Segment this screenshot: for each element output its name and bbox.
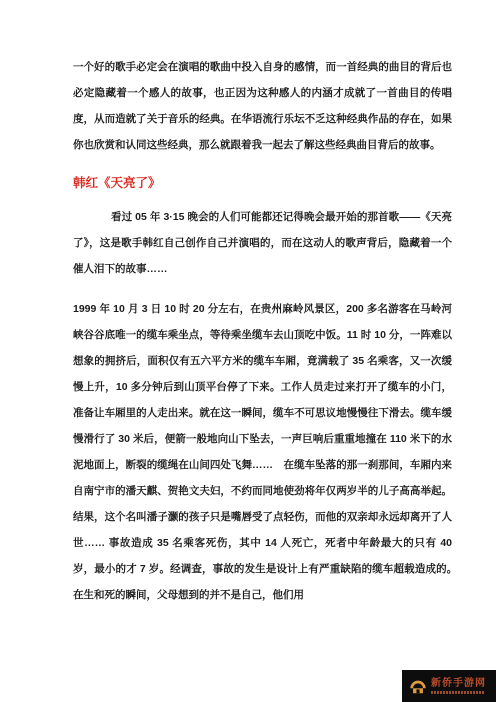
story-paragraph: 1999 年 10 月 3 日 10 时 20 分左右，在贵州麻岭风景区，200… [73, 296, 452, 608]
song-intro-paragraph: 看过 05 年 3·15 晚会的人们可能都还记得晚会最开始的那首歌——《天亮了》… [73, 204, 452, 282]
intro-paragraph: 一个好的歌手必定会在演唱的歌曲中投入自身的感情，而一首经典的曲目的背后也必定隐藏… [73, 54, 452, 158]
section-heading: 韩红《天亮了》 [73, 170, 452, 196]
article-body: 一个好的歌手必定会在演唱的歌曲中投入自身的感情，而一首经典的曲目的背后也必定隐藏… [73, 54, 452, 608]
house-icon [409, 678, 427, 695]
document-page: 一个好的歌手必定会在演唱的歌曲中投入自身的感情，而一首经典的曲目的背后也必定隐藏… [0, 0, 496, 702]
logo-tagline-bar [431, 691, 485, 694]
site-watermark: 新侨手游网 [402, 670, 496, 702]
site-name: 新侨手游网 [431, 678, 486, 689]
